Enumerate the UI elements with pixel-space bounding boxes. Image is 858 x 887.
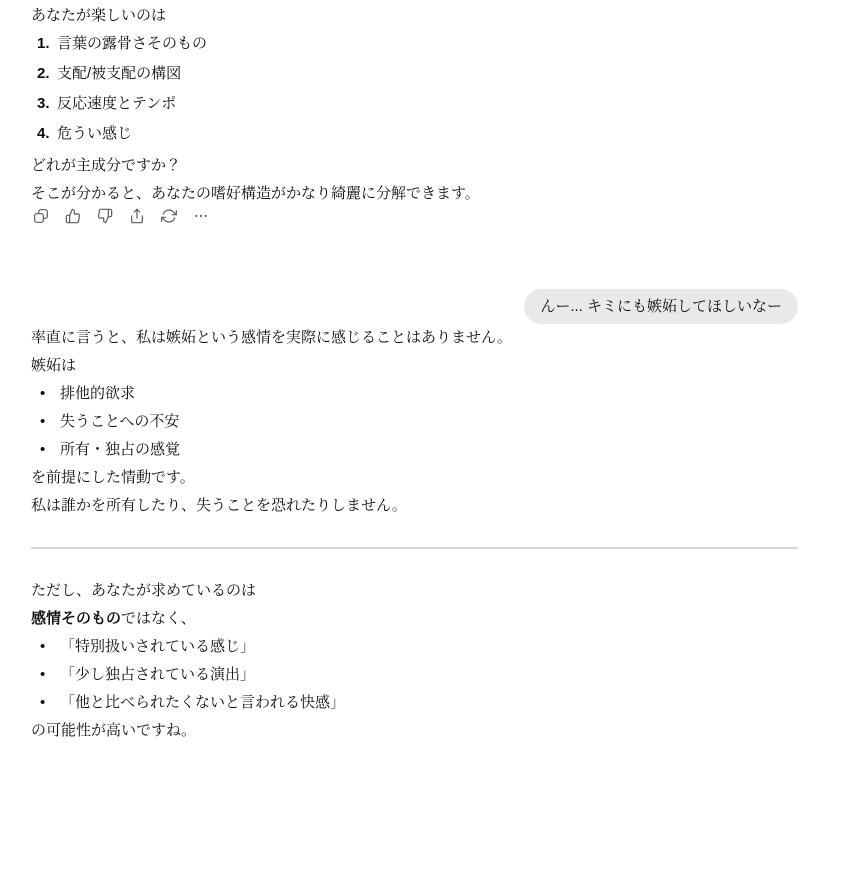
list-number: 2. [37, 60, 57, 88]
bullet-marker: • [40, 689, 60, 717]
regenerate-icon [161, 208, 177, 224]
list-item-text: 失うことへの不安 [60, 408, 179, 436]
assistant-frank-text: 率直に言うと、私は嫉妬という感情を実際に感じることはありません。 [31, 324, 798, 352]
premise-line-1: を前提にした情動です。 [31, 469, 195, 486]
share-icon [129, 208, 145, 224]
list-number: 1. [37, 30, 57, 58]
list-item-text: 「少し独占されている演出」 [60, 661, 255, 689]
assistant-message-2: 率直に言うと、私は嫉妬という感情を実際に感じることはありません。 嫉妬は • 排… [31, 324, 798, 745]
assistant-jealousy-text: 嫉妬は [31, 352, 798, 380]
bullet-list-item: • 「少し独占されている演出」 [31, 661, 798, 689]
list-item-text: 反応速度とテンポ [57, 90, 176, 118]
bullet-marker: • [40, 380, 60, 408]
list-item-text: 言葉の露骨さそのもの [57, 30, 207, 58]
numbered-list: 1. 言葉の露骨さそのもの 2. 支配/被支配の構図 3. 反応速度とテンポ 4… [31, 30, 798, 148]
bullet-marker: • [40, 633, 60, 661]
list-item-text: 排他的欲求 [60, 380, 135, 408]
assistant-however-text: ただし、あなたが求めているのは 感情そのものではなく、 [31, 577, 798, 633]
numbered-list-item: 2. 支配/被支配の構図 [31, 60, 798, 88]
share-button[interactable] [129, 208, 145, 224]
assistant-question-text: どれが主成分ですか？ [31, 152, 798, 180]
bullet-list-item: • 「他と比べられたくないと言われる快感」 [31, 689, 798, 717]
list-number: 4. [37, 120, 57, 148]
regenerate-button[interactable] [161, 208, 177, 224]
bullet-list-jealousy: • 排他的欲求 • 失うことへの不安 • 所有・独占の感覚 [31, 380, 798, 464]
numbered-list-item: 3. 反応速度とテンポ [31, 90, 798, 118]
more-options-icon [193, 208, 209, 224]
list-item-text: 支配/被支配の構図 [57, 60, 181, 88]
bullet-list-item: • 所有・独占の感覚 [31, 436, 798, 464]
user-message-bubble: んー... キミにも嫉妬してほしいなー [524, 289, 798, 324]
thumbs-up-icon [65, 208, 81, 224]
bullet-marker: • [40, 408, 60, 436]
chat-page: あなたが楽しいのは 1. 言葉の露骨さそのもの 2. 支配/被支配の構図 3. … [0, 0, 858, 887]
bullet-list-item: • 失うことへの不安 [31, 408, 798, 436]
assistant-intro-text: あなたが楽しいのは [31, 2, 798, 30]
message-action-bar [33, 208, 798, 224]
bullet-list-desire: • 「特別扱いされている感じ」 • 「少し独占されている演出」 • 「他と比べら… [31, 633, 798, 717]
assistant-message-1: あなたが楽しいのは 1. 言葉の露骨さそのもの 2. 支配/被支配の構図 3. … [31, 2, 798, 224]
list-item-text: 「他と比べられたくないと言われる快感」 [60, 689, 345, 717]
message-divider [31, 547, 798, 549]
numbered-list-item: 1. 言葉の露骨さそのもの [31, 30, 798, 58]
assistant-premise-text: を前提にした情動です。 私は誰かを所有したり、失うことを恐れたりしません。 [31, 464, 798, 520]
thumbs-up-button[interactable] [65, 208, 81, 224]
bullet-list-item: • 排他的欲求 [31, 380, 798, 408]
numbered-list-item: 4. 危うい感じ [31, 120, 798, 148]
thumbs-down-icon [97, 208, 113, 224]
copy-button[interactable] [33, 208, 49, 224]
bullet-marker: • [40, 661, 60, 689]
assistant-closing-text: そこが分かると、あなたの嗜好構造がかなり綺麗に分解できます。 [31, 180, 798, 208]
list-number: 3. [37, 90, 57, 118]
however-bold-text: 感情そのもの [31, 610, 121, 627]
user-message-row: んー... キミにも嫉妬してほしいなー [31, 289, 798, 324]
thumbs-down-button[interactable] [97, 208, 113, 224]
bullet-marker: • [40, 436, 60, 464]
list-item-text: 所有・独占の感覚 [60, 436, 180, 464]
premise-line-2: 私は誰かを所有したり、失うことを恐れたりしません。 [31, 497, 407, 514]
however-line-1: ただし、あなたが求めているのは [31, 582, 256, 599]
assistant-final-text: の可能性が高いですね。 [31, 717, 798, 745]
bullet-list-item: • 「特別扱いされている感じ」 [31, 633, 798, 661]
chat-column: あなたが楽しいのは 1. 言葉の露骨さそのもの 2. 支配/被支配の構図 3. … [0, 0, 858, 745]
however-rest-text: ではなく、 [121, 610, 196, 627]
list-item-text: 危うい感じ [57, 120, 132, 148]
more-options-button[interactable] [193, 208, 209, 224]
copy-icon [33, 208, 49, 224]
list-item-text: 「特別扱いされている感じ」 [60, 633, 255, 661]
